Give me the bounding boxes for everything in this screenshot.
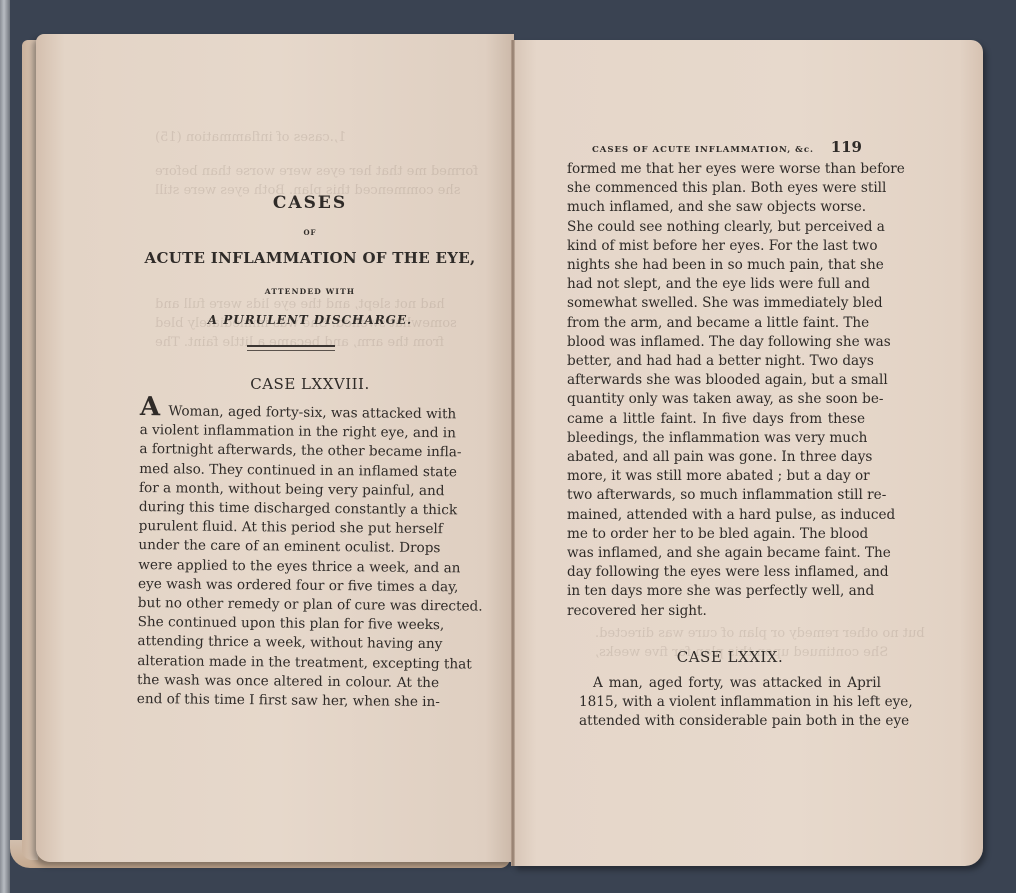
case-heading-lxxviii: CASE LXXVIII. [140, 375, 480, 393]
text-line: blood was inflamed. The day following sh… [567, 333, 865, 352]
text-line: more, it was still more abated ; but a d… [567, 467, 865, 486]
text-line: recovered her sight. [567, 602, 865, 621]
text-line: somewhat swelled. She was immediately bl… [567, 294, 865, 313]
text-line: bleedings, the inflammation was very muc… [567, 429, 865, 448]
text-line: attended with considerable pain both in … [579, 712, 881, 731]
text-line: day following the eyes were less inflame… [567, 563, 865, 582]
text-line: kind of mist before her eyes. For the la… [567, 237, 865, 256]
text-line: in ten days more she was perfectly well,… [567, 582, 865, 601]
title-acute-inflammation: ACUTE INFLAMMATION OF THE EYE, [140, 249, 480, 267]
text-line: me to order her to be bled again. The bl… [567, 525, 865, 544]
text-line: afterwards she was blooded again, but a … [567, 371, 865, 390]
show-through-text: 1,.cases of inflammation (15) [155, 128, 346, 147]
text-line: she commenced this plan. Both eyes were … [567, 179, 865, 198]
show-through-text: had not slept, and the eye lids were ful… [155, 295, 445, 314]
drop-cap: A [140, 392, 161, 422]
text-line: came a little faint. In five days from t… [567, 410, 865, 429]
show-through-text: formed me that her eyes were worse than … [155, 162, 478, 181]
text-line: abated, and all pain was gone. In three … [567, 448, 865, 467]
title-cases: CASES [140, 193, 480, 213]
case-heading-lxxix: CASE LXXIX. [580, 648, 880, 666]
page-number: 119 [831, 138, 862, 156]
text-line: end of this time I first saw her, when s… [137, 690, 439, 712]
text-line: better, and had had a better night. Two … [567, 352, 865, 371]
text-line: formed me that her eyes were worse than … [567, 160, 865, 179]
case-lxxix-text: A man, aged forty, was attacked in April… [579, 674, 881, 732]
running-head-title: CASES OF ACUTE INFLAMMATION, &c. [592, 145, 814, 155]
text-line-content: Woman, aged forty-six, was attacked with [164, 403, 456, 422]
text-line: under the care of an eminent oculist. Dr… [138, 536, 440, 558]
text-line: A man, aged forty, was attacked in April [579, 674, 881, 693]
book-spine-gutter [511, 40, 515, 866]
title-attended-with: ATTENDED WITH [140, 287, 480, 296]
case-lxxviii-text: A Woman, aged forty-six, was attacked wi… [137, 398, 442, 712]
text-line: much inflamed, and she saw objects worse… [567, 198, 865, 217]
text-line: 1815, with a violent inflammation in his… [579, 693, 881, 712]
text-line: nights she had been in so much pain, tha… [567, 256, 865, 275]
text-line: attending thrice a week, without having … [137, 632, 439, 654]
title-of: OF [140, 228, 480, 237]
text-line: mained, attended with a hard pulse, as i… [567, 506, 865, 525]
title-purulent-discharge: A PURULENT DISCHARGE. [140, 313, 480, 327]
text-line: A Woman, aged forty-six, was attacked wi… [140, 398, 442, 424]
text-line: had not slept, and the eye lids were ful… [567, 275, 865, 294]
text-line: from the arm, and became a little faint.… [567, 314, 865, 333]
running-head: CASES OF ACUTE INFLAMMATION, &c. 119 [592, 138, 862, 156]
show-through-text: but no other remedy or plan of cure was … [595, 624, 925, 643]
text-line: a fortnight afterwards, the other became… [139, 440, 441, 462]
title-rule-divider [247, 345, 335, 351]
case-lxxviii-continued-text: formed me that her eyes were worse than … [567, 160, 865, 621]
text-line: was inflamed, and she again became faint… [567, 544, 865, 563]
text-line: quantity only was taken away, as she soo… [567, 390, 865, 409]
open-book: 1,.cases of inflammation (15) formed me … [0, 0, 1016, 893]
text-line: She could see nothing clearly, but perce… [567, 218, 865, 237]
text-line: two afterwards, so much inflammation sti… [567, 486, 865, 505]
